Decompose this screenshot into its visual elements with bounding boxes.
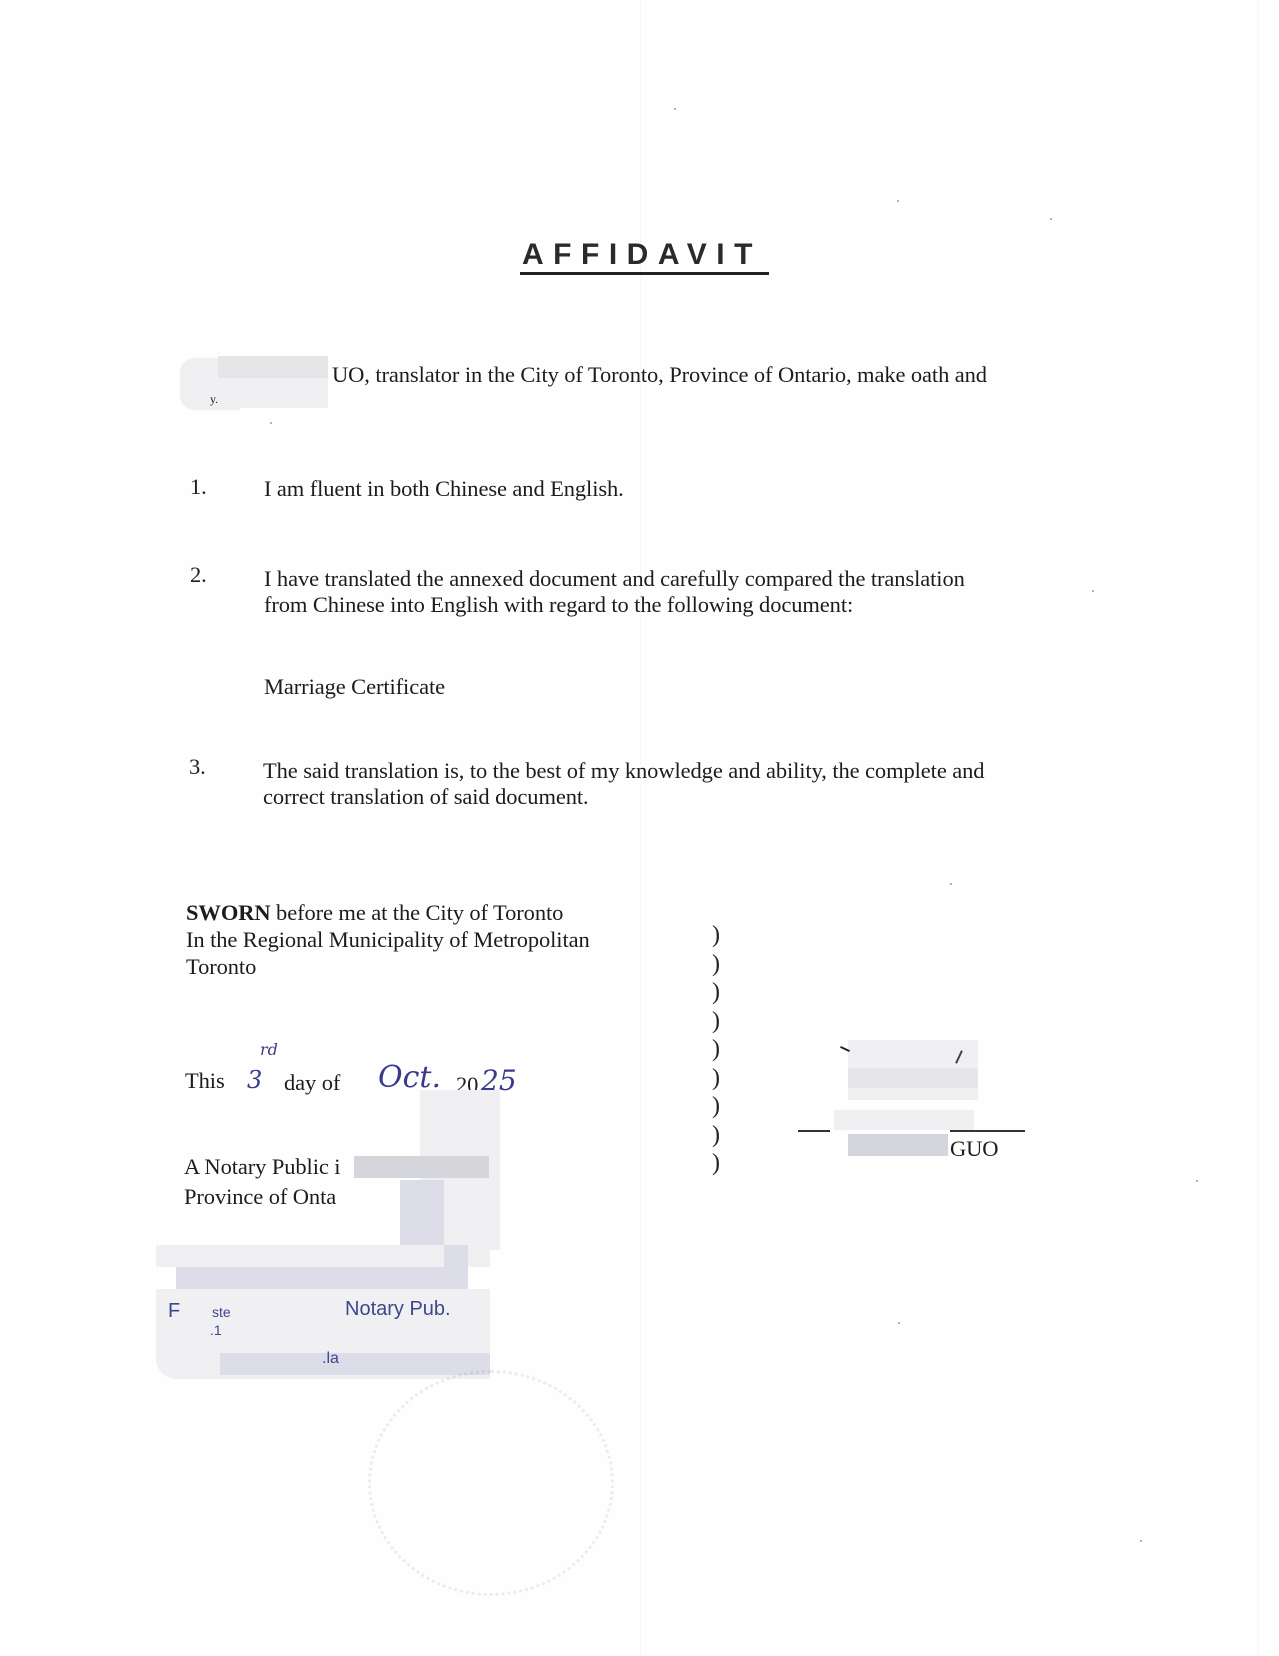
scan-speck <box>1092 590 1094 592</box>
parenthesis: ) <box>712 922 720 949</box>
scan-speck <box>1050 218 1052 220</box>
stamp-fragment: ste <box>212 1304 231 1320</box>
stamp-fragment: .1 <box>210 1322 222 1338</box>
stamp-fragment: .la <box>322 1350 339 1368</box>
date-this-label: This <box>185 1068 225 1094</box>
item-text: correct translation of said document. <box>263 784 589 810</box>
embossed-seal <box>368 1370 614 1596</box>
redacted-name-block <box>218 356 328 378</box>
parenthesis: ) <box>712 1150 720 1177</box>
intro-text: UO, translator in the City of Toronto, P… <box>332 362 987 388</box>
title-underline <box>520 272 769 275</box>
item-text: from Chinese into English with regard to… <box>264 592 853 618</box>
document-title: AFFIDAVIT <box>522 238 762 272</box>
jurat-line-3: Toronto <box>186 954 256 980</box>
redacted-stamp-block <box>444 1245 468 1267</box>
handwritten-day: 3 <box>247 1066 262 1094</box>
item-text: I am fluent in both Chinese and English. <box>264 476 624 502</box>
date-day-of-label: day of <box>284 1070 340 1096</box>
signature-line <box>950 1130 1025 1132</box>
parenthesis: ) <box>712 1093 720 1120</box>
parenthesis: ) <box>712 1122 720 1149</box>
item-text: The said translation is, to the best of … <box>263 758 984 784</box>
scan-speck <box>1140 1540 1142 1542</box>
redacted-signature-block <box>848 1068 978 1088</box>
item-number: 1. <box>190 474 207 500</box>
document-name: Marriage Certificate <box>264 674 445 700</box>
parenthesis: ) <box>712 1036 720 1063</box>
intro-text-fragment: y. <box>210 392 218 407</box>
item-text: I have translated the annexed document a… <box>264 566 965 592</box>
parenthesis: ) <box>712 979 720 1006</box>
affidavit-page: AFFIDAVIT UO, translator in the City of … <box>0 0 1279 1656</box>
scan-speck <box>897 200 899 202</box>
parenthesis: ) <box>712 1065 720 1092</box>
scan-speck <box>270 422 272 424</box>
deponent-surname: GUO <box>950 1136 998 1162</box>
signature-line <box>798 1130 830 1132</box>
stamp-fragment: Notary Pub. <box>345 1298 451 1321</box>
stamp-fragment: F <box>168 1300 180 1323</box>
jurat-line-1: SWORN before me at the City of Toronto <box>186 900 563 926</box>
parenthesis: ) <box>712 1008 720 1035</box>
notary-line-1: A Notary Public i <box>184 1154 340 1180</box>
redacted-stamp-block <box>176 1267 468 1289</box>
redacted-name-block <box>848 1134 948 1156</box>
redacted-stamp-block <box>220 1353 490 1375</box>
item-number: 2. <box>190 562 207 588</box>
scan-speck <box>950 883 952 885</box>
scan-speck <box>898 1322 900 1324</box>
handwritten-day-suffix: rd <box>260 1040 278 1059</box>
jurat-line-2: In the Regional Municipality of Metropol… <box>186 927 590 953</box>
item-number: 3. <box>189 754 206 780</box>
redacted-stamp-block <box>156 1245 490 1267</box>
scan-edge-line <box>1258 0 1259 1656</box>
redacted-name-block <box>218 378 328 408</box>
scan-speck <box>674 108 676 110</box>
parenthesis: ) <box>712 951 720 978</box>
sworn-label: SWORN <box>186 900 271 925</box>
notary-line-2: Province of Onta <box>184 1184 336 1210</box>
redacted-stamp-block <box>354 1156 489 1178</box>
redacted-signature-block <box>834 1110 974 1130</box>
redacted-stamp-block <box>400 1180 444 1250</box>
scan-speck <box>1196 1180 1198 1182</box>
